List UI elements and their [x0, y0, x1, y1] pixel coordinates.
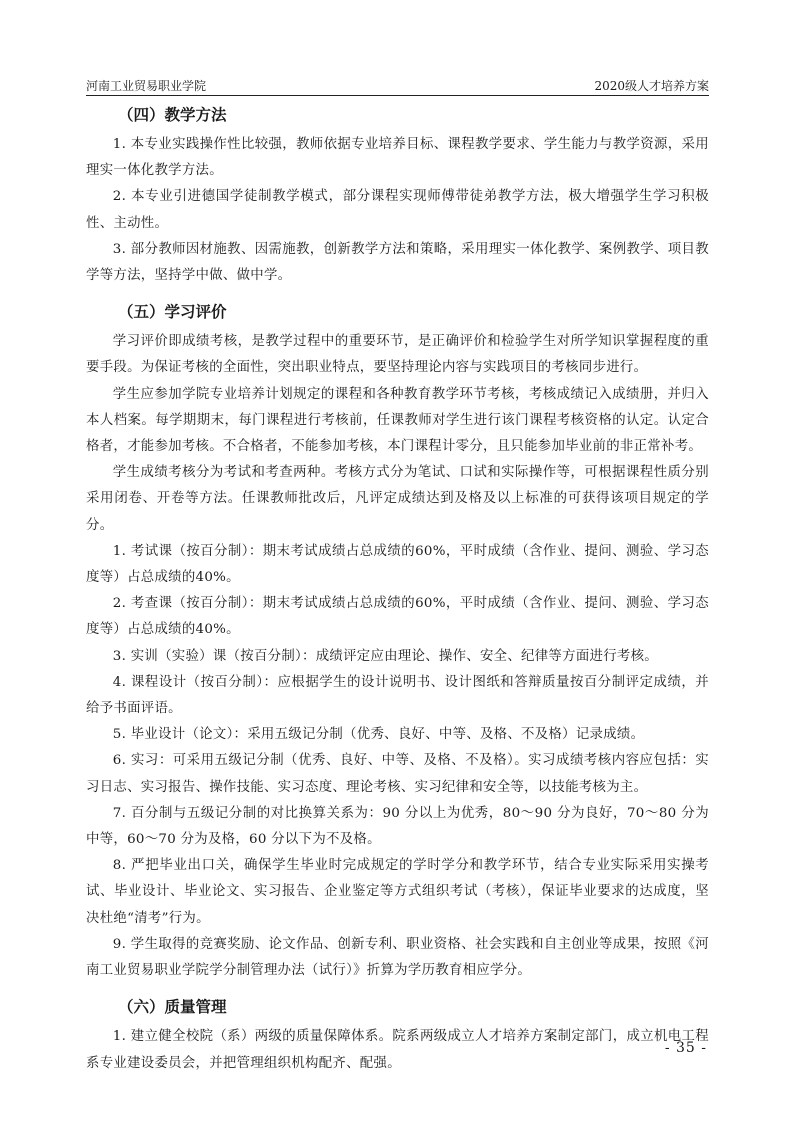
page-header: 河南工业贸易职业学院 2020级人才培养方案 — [86, 76, 709, 94]
paragraph: 2. 本专业引进德国学徒制教学模式，部分课程实现师傅带徒弟教学方法，极大增强学生… — [86, 184, 709, 236]
paragraph: 5. 毕业设计（论文）：采用五级记分制（优秀、良好、中等、及格、不及格）记录成绩… — [86, 722, 709, 748]
section-learning-evaluation: （五）学习评价 学习评价即成绩考核，是教学过程中的重要环节，是正确评价和检验学生… — [86, 299, 709, 984]
section-title: （五）学习评价 — [118, 299, 709, 325]
section-quality-management: （六）质量管理 1. 建立健全校院（系）两级的质量保障体系。院系两级成立人才培养… — [86, 994, 709, 1076]
paragraph: 8. 严把毕业出口关，确保学生毕业时完成规定的学时学分和教学环节，结合专业实际采… — [86, 853, 709, 932]
header-institution: 河南工业贸易职业学院 — [86, 77, 206, 94]
paragraph: 1. 考试课（按百分制）：期末考试成绩占总成绩的60%，平时成绩（含作业、提问、… — [86, 539, 709, 591]
section-title: （四）教学方法 — [118, 102, 709, 128]
page-number: - 35 - — [665, 1040, 707, 1056]
header-document-title: 2020级人才培养方案 — [594, 77, 709, 94]
page-body: （四）教学方法 1. 本专业实践操作性比较强，教师依据专业培养目标、课程教学要求… — [86, 100, 709, 1077]
paragraph: 6. 实习：可采用五级记分制（优秀、良好、中等、及格、不及格）。实习成绩考核内容… — [86, 748, 709, 800]
paragraph: 3. 部分教师因材施教、因需施教，创新教学方法和策略，采用理实一体化教学、案例教… — [86, 237, 709, 289]
paragraph: 9. 学生取得的竞赛奖励、论文作品、创新专利、职业资格、社会实践和自主创业等成果… — [86, 932, 709, 984]
paragraph: 学生应参加学院专业培养计划规定的课程和各种教育教学环节考核，考核成绩记入成绩册，… — [86, 382, 709, 461]
section-teaching-methods: （四）教学方法 1. 本专业实践操作性比较强，教师依据专业培养目标、课程教学要求… — [86, 102, 709, 289]
paragraph: 4. 课程设计（按百分制）：应根据学生的设计说明书、设计图纸和答辩质量按百分制评… — [86, 670, 709, 722]
paragraph: 1. 建立健全校院（系）两级的质量保障体系。院系两级成立人才培养方案制定部门，成… — [86, 1024, 709, 1076]
section-title: （六）质量管理 — [118, 994, 709, 1020]
paragraph: 学习评价即成绩考核，是教学过程中的重要环节，是正确评价和检验学生对所学知识掌握程… — [86, 329, 709, 381]
paragraph: 2. 考查课（按百分制）：期末考试成绩占总成绩的60%，平时成绩（含作业、提问、… — [86, 591, 709, 643]
paragraph: 3. 实训（实验）课（按百分制）：成绩评定应由理论、操作、安全、纪律等方面进行考… — [86, 644, 709, 670]
paragraph: 1. 本专业实践操作性比较强，教师依据专业培养目标、课程教学要求、学生能力与教学… — [86, 132, 709, 184]
paragraph: 7. 百分制与五级记分制的对比换算关系为：90 分以上为优秀，80～90 分为良… — [86, 801, 709, 853]
paragraph: 学生成绩考核分为考试和考查两种。考核方式分为笔试、口试和实际操作等，可根据课程性… — [86, 460, 709, 539]
header-divider — [86, 95, 709, 96]
